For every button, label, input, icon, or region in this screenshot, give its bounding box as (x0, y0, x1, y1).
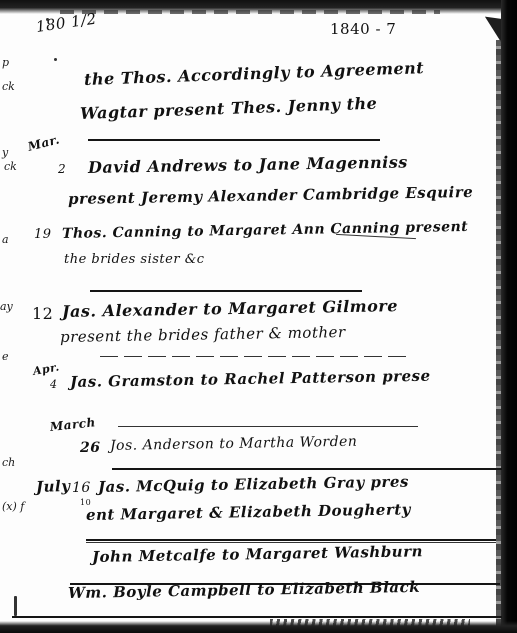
entry-4-line-1: Jas. Alexander to Margaret Gilmore (62, 296, 398, 321)
margin-mark: y (2, 146, 8, 159)
entry-7-month: July (36, 477, 71, 496)
entry-3-day: 19 (34, 227, 52, 242)
separator-rule (86, 542, 496, 543)
margin-mark: ch (2, 456, 15, 469)
entry-1-line-2: Wagtar present Thes. Jenny the (80, 94, 378, 123)
ink-speck (54, 58, 57, 61)
year-header: 1840 - 7 (330, 20, 396, 38)
entry-6-day: 26 (80, 440, 100, 456)
top-edge-streak (60, 10, 440, 14)
page-binding-edge (501, 0, 517, 633)
entry-7-day: 16 (72, 480, 91, 496)
entry-5-month: Apr. (32, 360, 61, 377)
entry-2-line-1: David Andrews to Jane Magenniss (88, 152, 408, 177)
entry-5-line-1: Jas. Gramston to Rachel Patterson prese (70, 367, 431, 391)
torn-bottom-edge (0, 621, 517, 633)
entry-4-day: 12 (32, 304, 53, 323)
separator-rule (118, 426, 418, 427)
margin-mark: ck (2, 80, 15, 93)
separator-rule (100, 356, 410, 357)
entry-1-line-1: the Thos. Accordingly to Agreement (84, 58, 425, 89)
entry-6-month: March (49, 415, 96, 434)
ink-speck (46, 18, 49, 21)
ink-speck (14, 596, 17, 616)
entry-9-line-1: Wm. Boyle Campbell to Elizabeth Black (68, 578, 420, 602)
entry-8-line-1: John Metcalfe to Margaret Washburn (92, 542, 423, 566)
margin-mark: e (2, 350, 9, 363)
margin-mark: (x) f (2, 500, 24, 513)
separator-rule (12, 616, 502, 618)
entry-6-line-1: Jos. Anderson to Martha Worden (110, 434, 358, 454)
separator-rule (112, 468, 502, 470)
entry-7-line-2: ent Margaret & Elizabeth Dougherty (86, 500, 411, 524)
entry-2-day: 2 (58, 162, 66, 176)
entry-2-line-2: present Jeremy Alexander Cambridge Esqui… (68, 183, 474, 208)
scanned-register-page: 180 1/2 1840 - 7 p ck y ck a ay e ch (x)… (0, 0, 517, 633)
entry-3-line-2: the brides sister &c (64, 252, 205, 267)
entry-7-line-1: Jas. McQuig to Elizabeth Gray pres (98, 473, 409, 496)
margin-mark: p (2, 56, 9, 69)
entry-2-month: Mar. (26, 132, 61, 153)
entry-4-line-2: present the brides father & mother (60, 323, 346, 346)
margin-mark: a (2, 233, 9, 246)
separator-rule (88, 139, 380, 141)
separator-rule (86, 539, 496, 541)
separator-rule (90, 290, 362, 292)
entry-5-day: 4 (50, 378, 58, 391)
margin-mark: ck (4, 160, 17, 173)
margin-mark: ay (0, 300, 13, 313)
